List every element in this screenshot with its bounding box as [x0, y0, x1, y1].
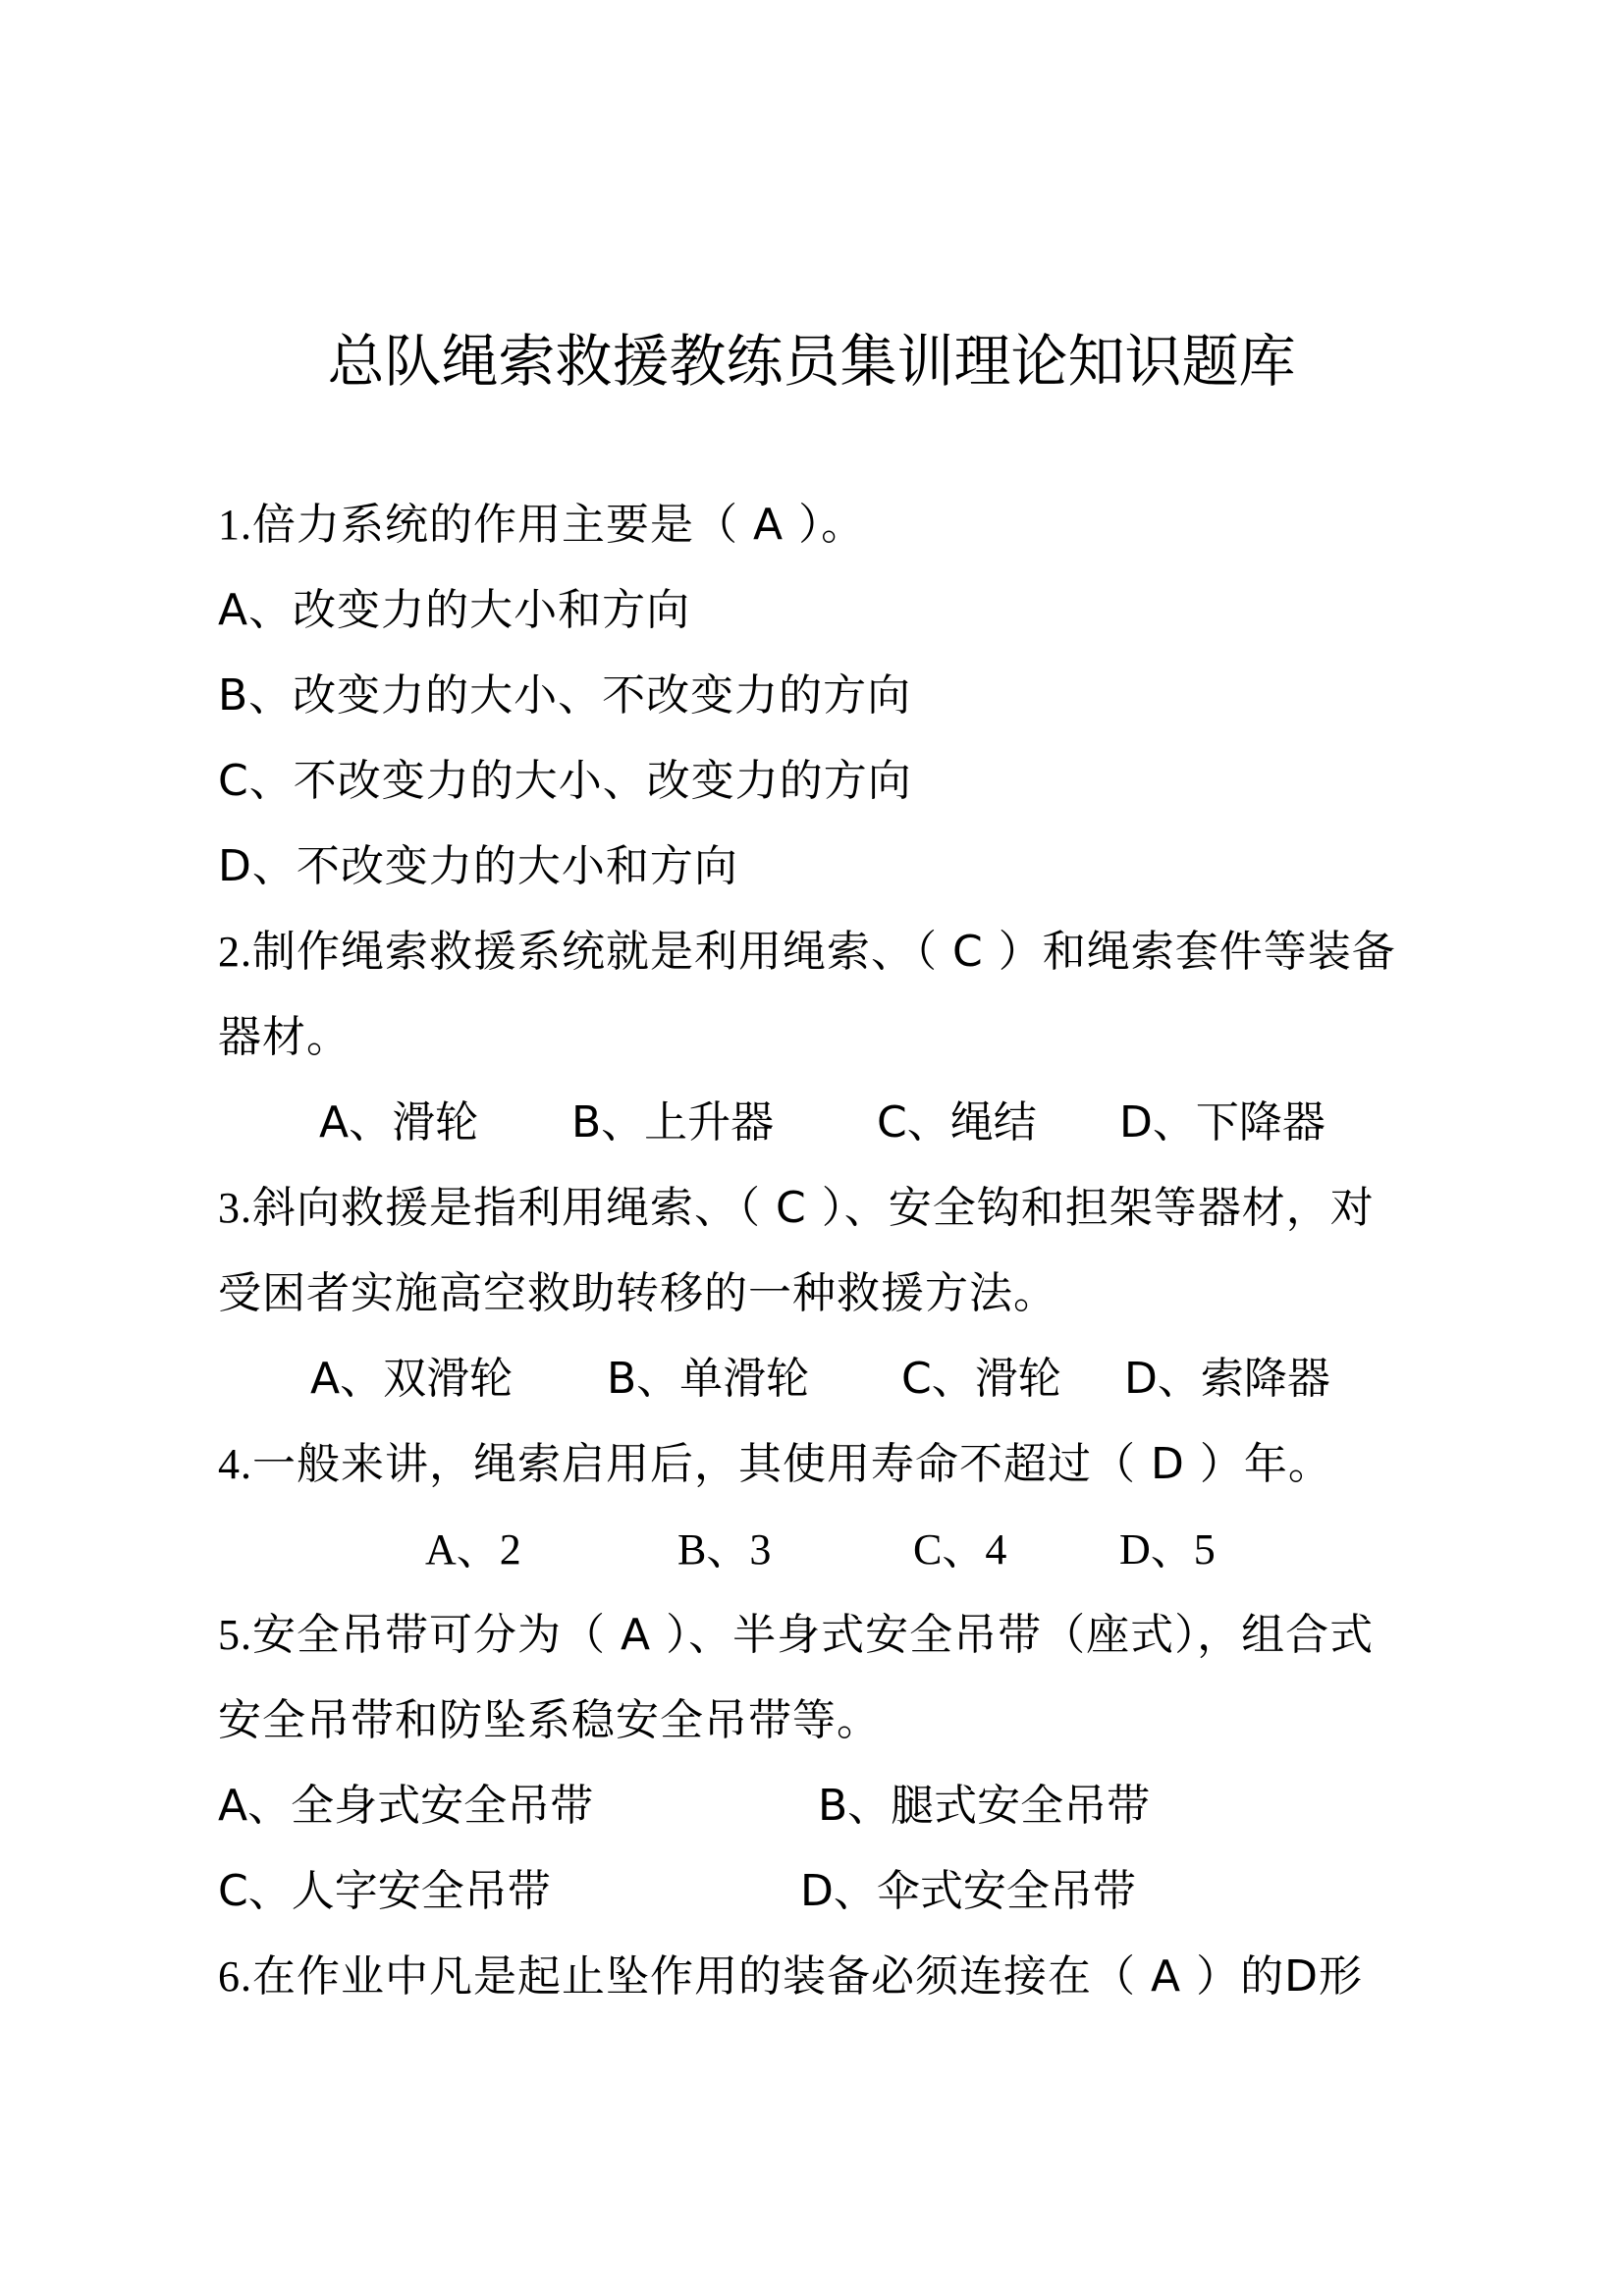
question-text: 安全吊带可分为（ A ）、半身式安全吊带（座式），组合式: [252, 1610, 1374, 1660]
question-number: 5.: [218, 1611, 252, 1659]
option-5a: A、全身式安全吊带: [218, 1777, 593, 1836]
option-4c: C、4: [913, 1521, 1006, 1579]
question-text: 一般来讲，绳索启用后，其使用寿命不超过（ D ）年。: [252, 1439, 1332, 1489]
question-text: 制作绳索救援系统就是利用绳索、（ C ）和绳索套件等装备: [252, 927, 1396, 977]
question-3: 3.斜向救援是指利用绳索、（ C ）、安全钩和担架等器材，对: [218, 1179, 1375, 1238]
option-3b: B、单滑轮: [607, 1350, 809, 1409]
question-text: 斜向救援是指利用绳索、（ C ）、安全钩和担架等器材，对: [252, 1183, 1375, 1233]
question-number: 3.: [218, 1184, 252, 1232]
option-5d: D、伞式安全吊带: [800, 1862, 1136, 1921]
question-number: 1.: [218, 501, 252, 549]
option-2b: B、上升器: [571, 1094, 774, 1152]
option-5b: B、腿式安全吊带: [818, 1777, 1150, 1836]
question-5: 5.安全吊带可分为（ A ）、半身式安全吊带（座式），组合式: [218, 1606, 1374, 1665]
question-1: 1.倍力系统的作用主要是（ A ）。: [218, 496, 865, 555]
option-5c: C、人字安全吊带: [218, 1862, 551, 1921]
option-1c: C、不改变力的大小、改变力的方向: [218, 752, 912, 811]
question-number: 6.: [218, 1952, 252, 2001]
option-4d: D、5: [1119, 1521, 1216, 1579]
question-5-line-2: 安全吊带和防坠系稳安全吊带等。: [218, 1691, 881, 1750]
option-2d: D、下降器: [1119, 1094, 1325, 1152]
option-3d: D、索降器: [1124, 1350, 1330, 1409]
option-1b: B、改变力的大小、不改变力的方向: [218, 667, 911, 725]
page-title: 总队绳索救援教练员集训理论知识题库: [0, 322, 1623, 400]
option-3a: A、双滑轮: [310, 1350, 513, 1409]
question-number: 2.: [218, 928, 252, 976]
option-1a: A、改变力的大小和方向: [218, 581, 690, 640]
question-text: 倍力系统的作用主要是（ A ）。: [252, 500, 865, 550]
question-2-line-2: 器材。: [218, 1008, 351, 1067]
question-6: 6.在作业中凡是起止坠作用的装备必须连接在（ A ）的D形: [218, 1948, 1363, 2006]
option-1d: D、不改变力的大小和方向: [218, 837, 738, 896]
question-number: 4.: [218, 1440, 252, 1488]
question-3-line-2: 受困者实施高空救助转移的一种救援方法。: [218, 1264, 1057, 1323]
option-4a: A、2: [425, 1521, 521, 1579]
option-3c: C、滑轮: [901, 1350, 1061, 1409]
question-2: 2.制作绳索救援系统就是利用绳索、（ C ）和绳索套件等装备: [218, 923, 1396, 982]
option-4b: B、3: [677, 1521, 771, 1579]
option-2a: A、滑轮: [319, 1094, 478, 1152]
question-4: 4.一般来讲，绳索启用后，其使用寿命不超过（ D ）年。: [218, 1435, 1332, 1494]
option-2c: C、绳结: [877, 1094, 1037, 1152]
question-text: 在作业中凡是起止坠作用的装备必须连接在（ A ）的D形: [252, 1951, 1363, 2002]
